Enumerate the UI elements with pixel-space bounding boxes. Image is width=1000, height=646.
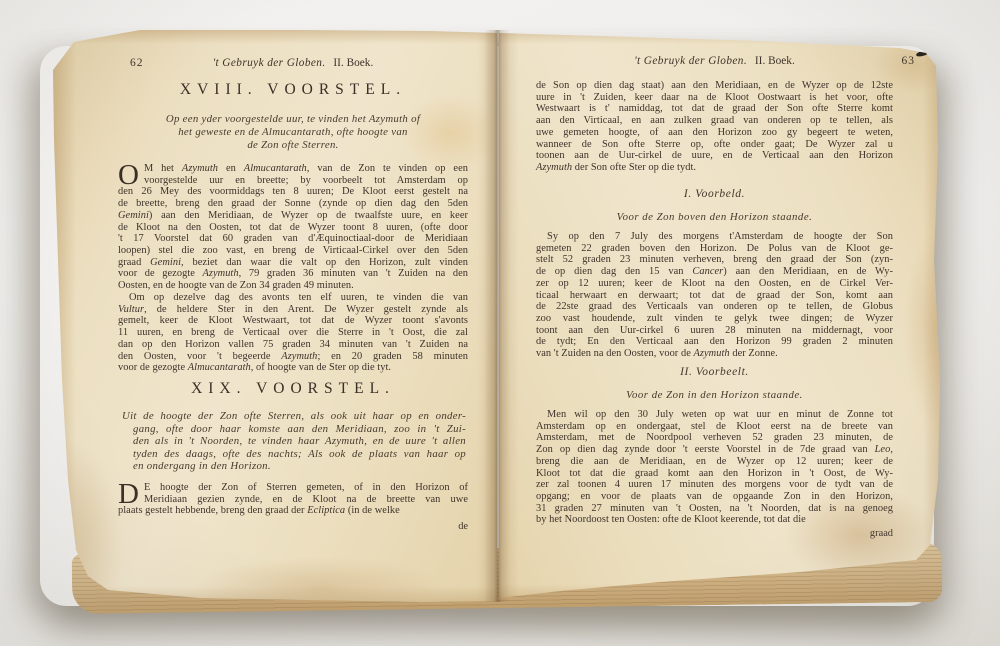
subtitle-example-2: Voor de Zon in den Horizon staande. <box>536 389 893 401</box>
paragraph-3-lines: E hoogte der Zon of Sterren gemeten, of … <box>118 482 468 517</box>
page-number-right: 63 <box>902 55 916 67</box>
left-page: 62 't Gebruyk der Globen. II. Boek. XVII… <box>50 28 499 606</box>
running-title-right: 't Gebruyk der Globen. II. Boek. <box>536 55 893 67</box>
subtitle-voorstel-19: Uit de hoogte der Zon ofte Sterren, als … <box>122 410 466 473</box>
subtitle-example-1: Voor de Zon boven den Horizon staande. <box>536 211 893 223</box>
paragraph-3: D E hoogte der Zon of Sterren gemeten, o… <box>118 482 468 517</box>
drop-cap-d: D <box>118 483 139 505</box>
book-photo: 62 't Gebruyk der Globen. II. Boek. XVII… <box>0 0 1000 646</box>
paragraph-1: O M het Azymuth en Almucantarath, van de… <box>118 163 468 292</box>
running-title-left: 't Gebruyk der Globen. II. Boek. <box>118 57 468 69</box>
paragraph-example-1: Sy op den 7 July des morgens t'Amsterdam… <box>536 231 893 360</box>
subtitle-voorstel-18: Op een yder voorgestelde uur, te vinden … <box>132 113 454 152</box>
page-number-left: 62 <box>130 57 144 69</box>
running-title-italic: 't Gebruyk der Globen. <box>634 55 747 67</box>
heading-example-1: I. Voorbeld. <box>536 188 893 200</box>
heading-voorstel-19: XIX. VOORSTEL. <box>118 380 468 398</box>
paragraph-2: Om op dezelve dag des avonts ten elf uur… <box>118 292 468 374</box>
drop-cap-o: O <box>118 164 139 186</box>
left-page-header: 62 't Gebruyk der Globen. II. Boek. <box>118 57 468 71</box>
paragraph-example-2: Men wil op den 30 July weten op wat uur … <box>536 409 893 526</box>
paragraph-1-lines: M het Azymuth en Almucantarath, van de Z… <box>118 163 468 292</box>
right-page: 't Gebruyk der Globen. II. Boek. 63 de S… <box>499 30 945 602</box>
heading-voorstel-18: XVIII. VOORSTEL. <box>118 81 468 99</box>
heading-example-2: II. Voorbeelt. <box>536 366 893 378</box>
paragraph-continuation: de Son op dien dag staat) aan den Meridi… <box>536 80 893 174</box>
right-page-header: 't Gebruyk der Globen. II. Boek. 63 <box>536 55 893 69</box>
running-title-roman: II. Boek. <box>333 57 373 69</box>
catchword-right: graad <box>536 528 895 539</box>
running-title-italic: 't Gebruyk der Globen. <box>213 57 326 69</box>
running-title-roman: II. Boek. <box>755 55 795 67</box>
catchword-left: de <box>118 521 470 532</box>
